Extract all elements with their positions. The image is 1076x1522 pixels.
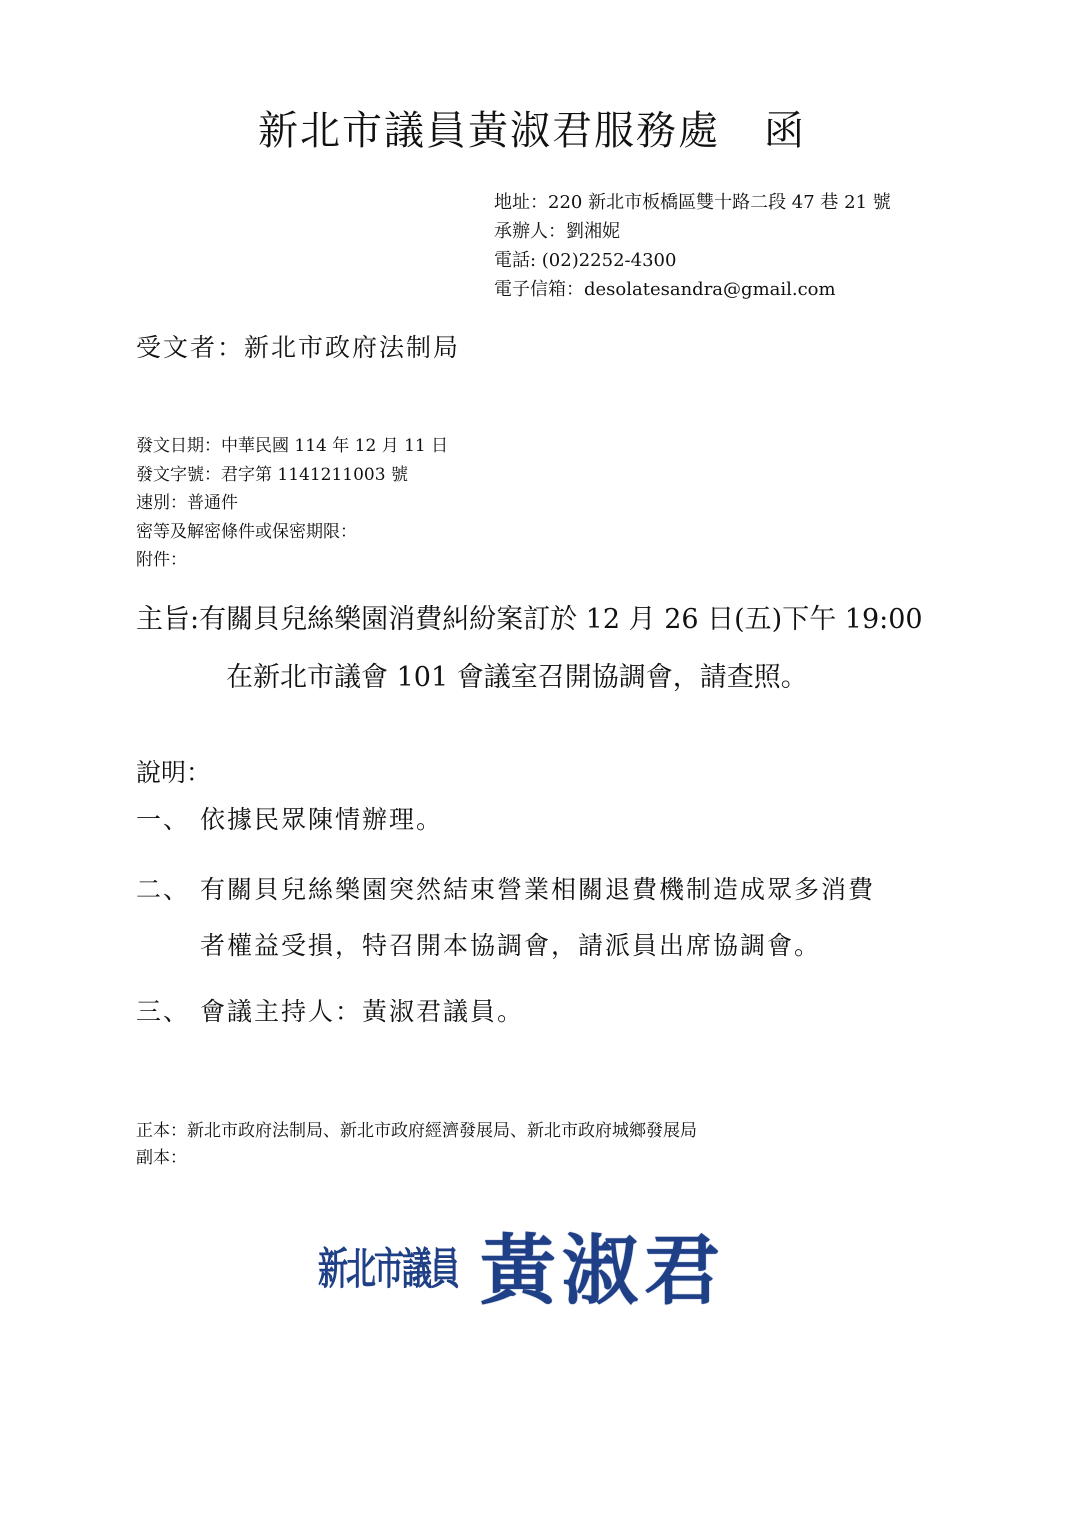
subject-line-1: 主旨:有關貝兒絲樂園消費糾紛案訂於 12 月 26 日(五)下午 19:00 [136,600,923,640]
item-text: 會議主持人：黃淑君議員。 [200,997,524,1026]
explanation-item: 一、依據民眾陳情辦理。 [136,802,443,838]
subject-line-2: 在新北市議會 101 會議室召開協調會，請查照。 [226,658,808,698]
item-text: 有關貝兒絲樂園突然結束營業相關退費機制造成眾多消費 [200,875,875,904]
explanation-item-continuation: 者權益受損，特召開本協調會，請派員出席協調會。 [200,928,821,964]
item-number: 一、 [136,802,200,838]
stamp-name: 黃淑君 [480,1210,726,1319]
sender-info: 地址：220 新北市板橋區雙十路二段 47 巷 21 號 承辦人：劉湘妮 電話:… [494,188,891,304]
sender-email: 電子信箱：desolatesandra@gmail.com [494,275,891,304]
distribution: 正本：新北市政府法制局、新北市政府經濟發展局、新北市政府城鄉發展局 副本： [136,1118,697,1172]
document-meta: 發文日期：中華民國 114 年 12 月 11 日 發文字號：君字第 11412… [136,432,448,575]
explanation-item: 三、會議主持人：黃淑君議員。 [136,994,524,1030]
sender-handler: 承辦人：劉湘妮 [494,217,891,246]
copy-recipients: 副本： [136,1145,697,1172]
sender-address: 地址：220 新北市板橋區雙十路二段 47 巷 21 號 [494,188,891,217]
original-recipients: 正本：新北市政府法制局、新北市政府經濟發展局、新北市政府城鄉發展局 [136,1118,697,1145]
issue-date: 發文日期：中華民國 114 年 12 月 11 日 [136,432,448,461]
document-number: 發文字號：君字第 1141211003 號 [136,461,448,490]
explanation-item: 二、有關貝兒絲樂園突然結束營業相關退費機制造成眾多消費 [136,872,875,908]
document-type: 函 [764,108,806,154]
office-name: 新北市議員黃淑君服務處 [258,108,720,154]
explanation-heading: 說明： [136,755,211,791]
item-text: 依據民眾陳情辦理。 [200,805,443,834]
confidentiality: 密等及解密條件或保密期限： [136,518,448,547]
stamp-title: 新北市議員 [318,1233,458,1297]
item-number: 二、 [136,872,200,908]
signature-stamp: 新北市議員 黃淑君 [318,1210,726,1319]
sender-phone: 電話: (02)2252-4300 [494,246,891,275]
item-number: 三、 [136,994,200,1030]
document-title: 新北市議員黃淑君服務處函 [258,106,806,156]
recipient: 受文者：新北市政府法制局 [136,330,460,366]
urgency: 速別：普通件 [136,489,448,518]
attachments: 附件： [136,546,448,575]
